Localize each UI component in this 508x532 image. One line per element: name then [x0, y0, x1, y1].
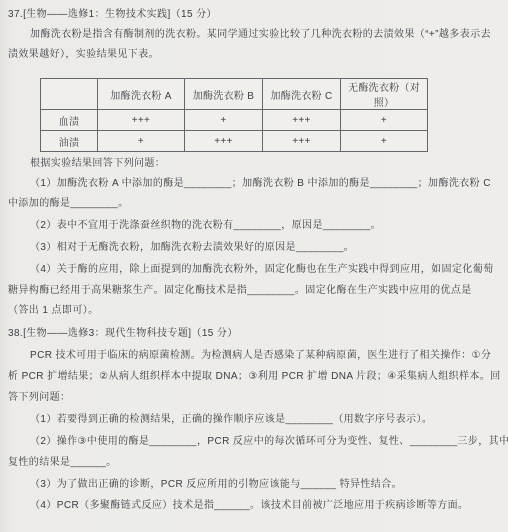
q37-question2: （2）表中不宜用于洗涤蚕丝织物的洗衣粉有________，原因是________…	[30, 219, 381, 233]
blood-stain-control: +	[341, 110, 428, 131]
q37-question4-line3: （答出 1 点即可）。	[8, 304, 99, 318]
q38-question2-line2: 复性的结果是______。	[8, 456, 117, 470]
q38-intro-line1: PCR 技术可用于临床的病原菌检测。为检测病人是否感染了某种病原菌，医生进行了相…	[30, 349, 491, 363]
detergent-results-table: 加酶洗衣粉 A 加酶洗衣粉 B 加酶洗衣粉 C 无酶洗衣粉（对照） 血渍 +++…	[40, 78, 428, 152]
blood-stain-c: +++	[263, 110, 341, 131]
q37-question1-line1: （1）加酶洗衣粉 A 中添加的酶是________；加酶洗衣粉 B 中添加的酶是…	[30, 177, 491, 191]
q37-question3: （3）相对于无酶洗衣粉，加酶洗衣粉去渍效果好的原因是________。	[30, 241, 354, 255]
table-row: 血渍 +++ + +++ +	[41, 110, 428, 131]
q38-question2-line1: （2）操作③中使用的酶是________，PCR 反应中的每次循环可分为变性、复…	[30, 435, 508, 449]
q37-question1-line2: 中添加的酶是________。	[8, 197, 129, 211]
oil-stain-b: +++	[185, 131, 263, 152]
q38-question1: （1）若要得到正确的检测结果，正确的操作顺序应该是________（用数字序号表…	[30, 413, 432, 427]
oil-stain-a: +	[98, 131, 185, 152]
table-header-detergent-b: 加酶洗衣粉 B	[185, 79, 263, 110]
q38-intro-line2: 析 PCR 扩增结果；②从病人组织样本中提取 DNA；③利用 PCR 扩增 DN…	[8, 370, 501, 384]
q38-question3: （3）为了做出正确的诊断，PCR 反应所用的引物应该能与______ 特异性结合…	[30, 478, 402, 492]
q38-title: 38.[生物——选修3：现代生物科技专题]（15 分）	[8, 327, 238, 341]
q37-intro-line1: 加酶洗衣粉是指含有酶制剂的洗衣粉。某同学通过实验比较了几种洗衣粉的去渍效果（“+…	[30, 28, 491, 42]
table-header-blank	[41, 79, 98, 110]
exam-document-page: 37.[生物——选修1：生物技术实践]（15 分） 加酶洗衣粉是指含有酶制剂的洗…	[0, 0, 508, 532]
q37-prompt: 根据实验结果回答下列问题：	[30, 157, 165, 171]
blood-stain-a: +++	[98, 110, 185, 131]
q38-question4: （4）PCR（多聚酶链式反应）技术是指______。该技术目前被广泛地应用于疾病…	[30, 499, 468, 513]
oil-stain-c: +++	[263, 131, 341, 152]
table-header-detergent-c: 加酶洗衣粉 C	[263, 79, 341, 110]
row-label-blood-stain: 血渍	[41, 110, 98, 131]
table-row: 油渍 + +++ +++ +	[41, 131, 428, 152]
q37-question4-line2: 糖异构酶已经用于高果糖浆生产。固定化酶技术是指________。固定化酶在生产实…	[8, 284, 472, 298]
oil-stain-control: +	[341, 131, 428, 152]
table-header-control: 无酶洗衣粉（对照）	[341, 79, 428, 110]
table-header-row: 加酶洗衣粉 A 加酶洗衣粉 B 加酶洗衣粉 C 无酶洗衣粉（对照）	[41, 79, 428, 110]
table-header-detergent-a: 加酶洗衣粉 A	[98, 79, 185, 110]
blood-stain-b: +	[185, 110, 263, 131]
row-label-oil-stain: 油渍	[41, 131, 98, 152]
q37-question4-line1: （4）关于酶的应用，除上面提到的加酶洗衣粉外，固定化酶也在生产实践中得到应用，如…	[30, 263, 494, 277]
q38-intro-line3: 答下列问题：	[8, 391, 70, 405]
q37-title: 37.[生物——选修1：生物技术实践]（15 分）	[8, 8, 217, 22]
q37-intro-line2: 渍效果越好），实验结果见下表。	[8, 48, 159, 62]
